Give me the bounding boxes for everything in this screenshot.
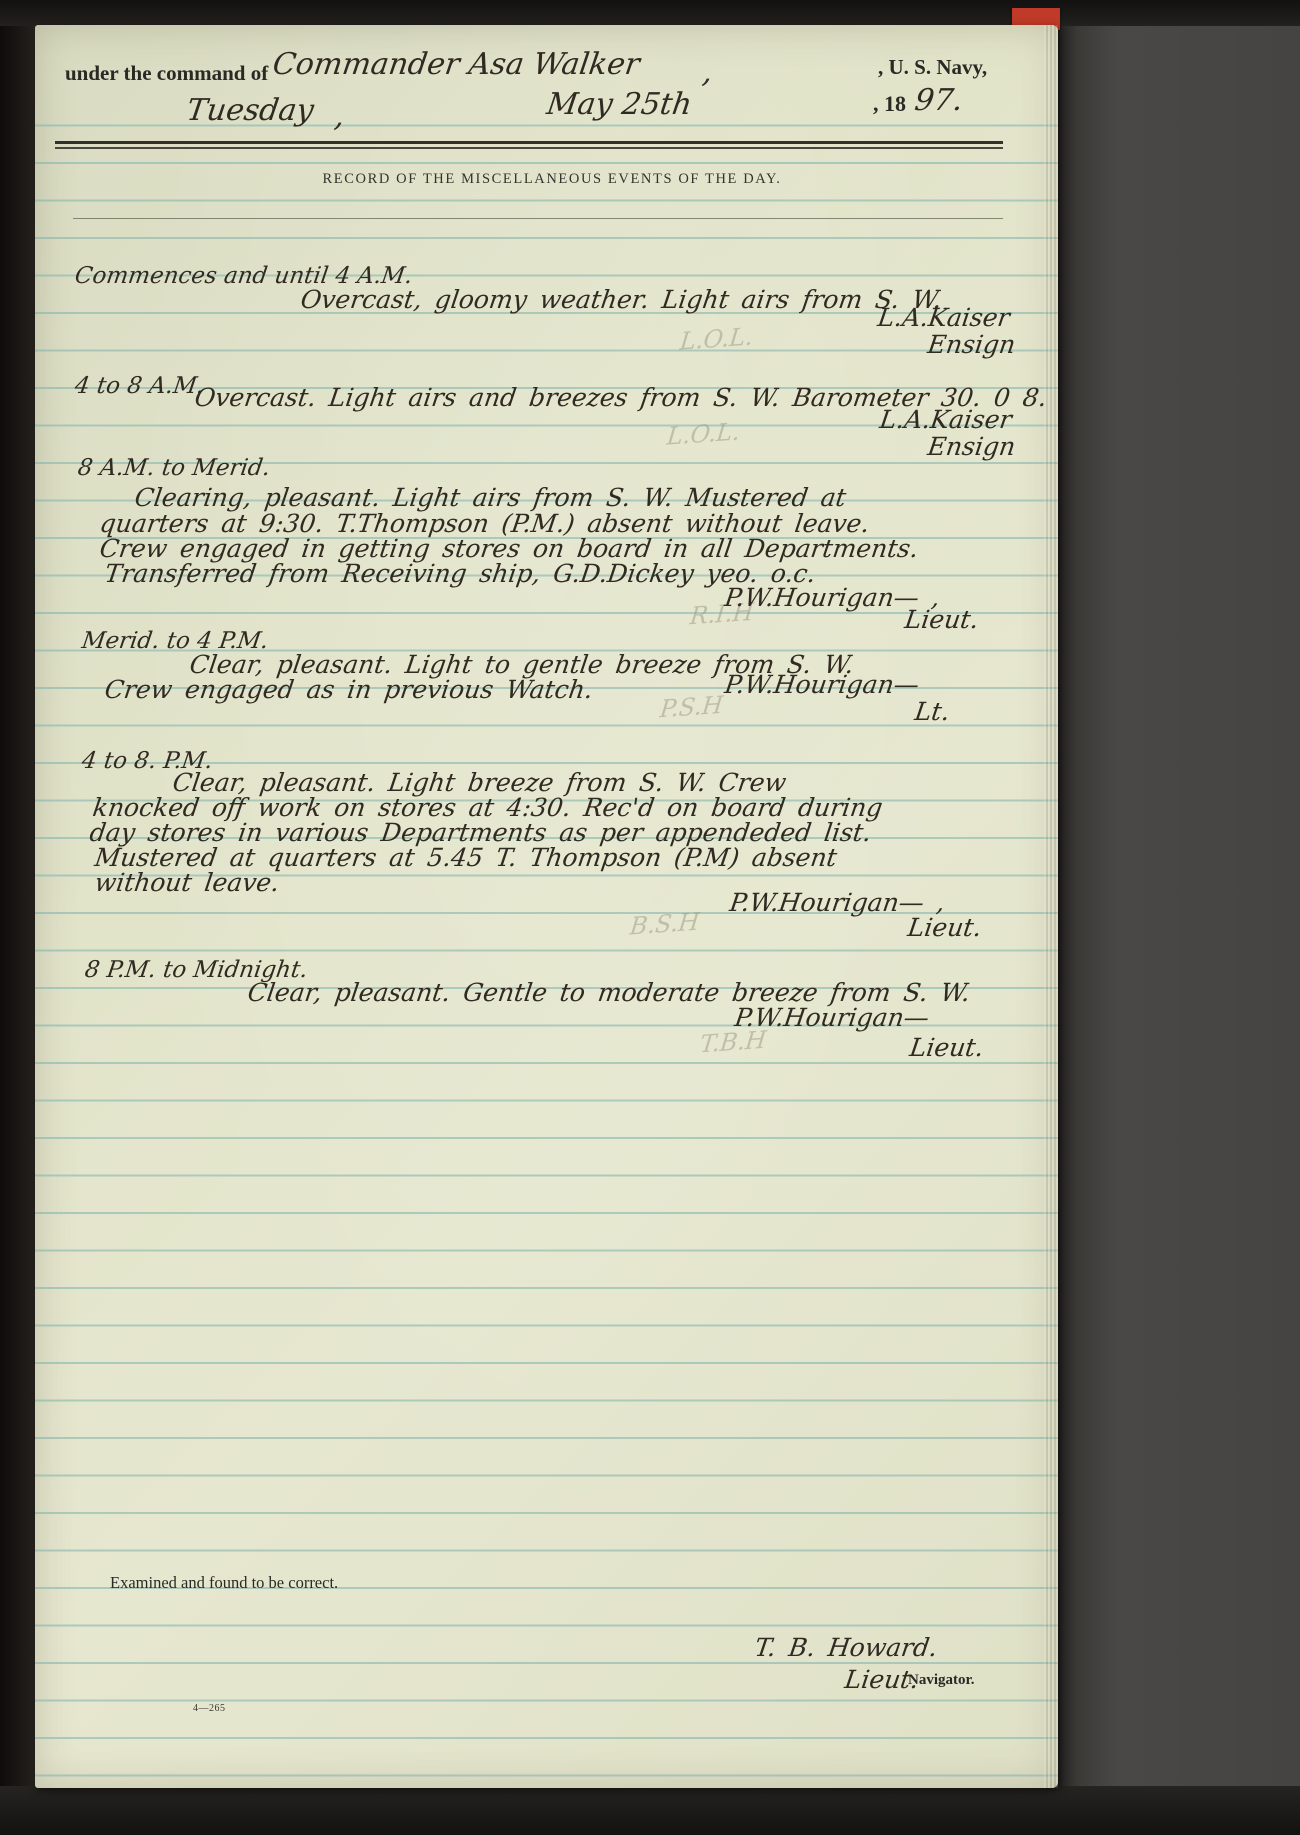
watch-signature: P.W.Hourigan— (733, 1003, 931, 1032)
navigator-printed-label: Navigator. (908, 1672, 975, 1689)
header-rule-light (55, 147, 1003, 149)
weekday-comma: , (333, 99, 347, 134)
pencil-initials: B.S.H (629, 907, 701, 940)
commander-name-handwriting: Commander Asa Walker (271, 47, 642, 82)
year-prefix-label: , 18 (873, 91, 906, 117)
book-edge-bottom (0, 1786, 1300, 1835)
logbook-scan: { "header": { "command_prefix": "under t… (0, 0, 1300, 1835)
entry-line: Overcast, gloomy weather. Light airs fro… (299, 285, 944, 314)
watch-signature-rank: Lieut. (906, 913, 984, 942)
pencil-initials: L.O.L. (666, 417, 742, 450)
entry-line: Transferred from Receiving ship, G.D.Dic… (103, 559, 818, 588)
page-stack-edge (1044, 25, 1058, 1788)
section-title: RECORD OF THE MISCELLANEOUS EVENTS OF TH… (317, 171, 787, 188)
watch-signature: L.A.Kaiser (876, 303, 1012, 332)
ruled-lines (35, 89, 1058, 1789)
entry-line: Crew engaged as in previous Watch. (103, 675, 595, 704)
examined-statement: Examined and found to be correct. (110, 1573, 338, 1593)
weekday-handwriting: Tuesday (185, 93, 316, 128)
watch-signature: P.W.Hourigan— (723, 670, 921, 699)
commander-comma: , (701, 55, 715, 90)
header-rule-heavy (55, 141, 1003, 144)
watch-signature-rank: Lieut. (908, 1033, 986, 1062)
entry-line: without leave. (93, 868, 281, 897)
navy-suffix-label: , U. S. Navy, (878, 55, 987, 80)
form-number: 4—265 (193, 1703, 226, 1714)
watch-signature-rank: Ensign (926, 432, 1017, 461)
watch-signature-rank: Lt. (913, 697, 952, 726)
watch-signature-rank: Lieut. (903, 605, 981, 634)
year-handwriting: 97. (913, 83, 966, 118)
watch-signature-rank: Ensign (926, 330, 1017, 359)
book-spine-left (0, 0, 38, 1835)
log-page: under the command of Commander Asa Walke… (35, 25, 1058, 1788)
title-underline (73, 218, 1003, 219)
entry-line: Clearing, pleasant. Light airs from S. W… (133, 483, 848, 512)
entry-heading: 4 to 8 A.M. (73, 373, 206, 399)
pencil-initials: P.S.H (659, 691, 725, 724)
watch-signature: L.A.Kaiser (878, 405, 1014, 434)
book-edge-top (0, 0, 1300, 26)
date-handwriting: May 25th (545, 87, 695, 122)
command-prefix-label: under the command of (65, 61, 268, 86)
pencil-initials: L.O.L. (679, 322, 755, 355)
navigator-signature: T. B. Howard. (753, 1633, 939, 1662)
entry-heading: 8 A.M. to Merid. (76, 455, 272, 481)
book-edge-right (1058, 0, 1300, 1835)
